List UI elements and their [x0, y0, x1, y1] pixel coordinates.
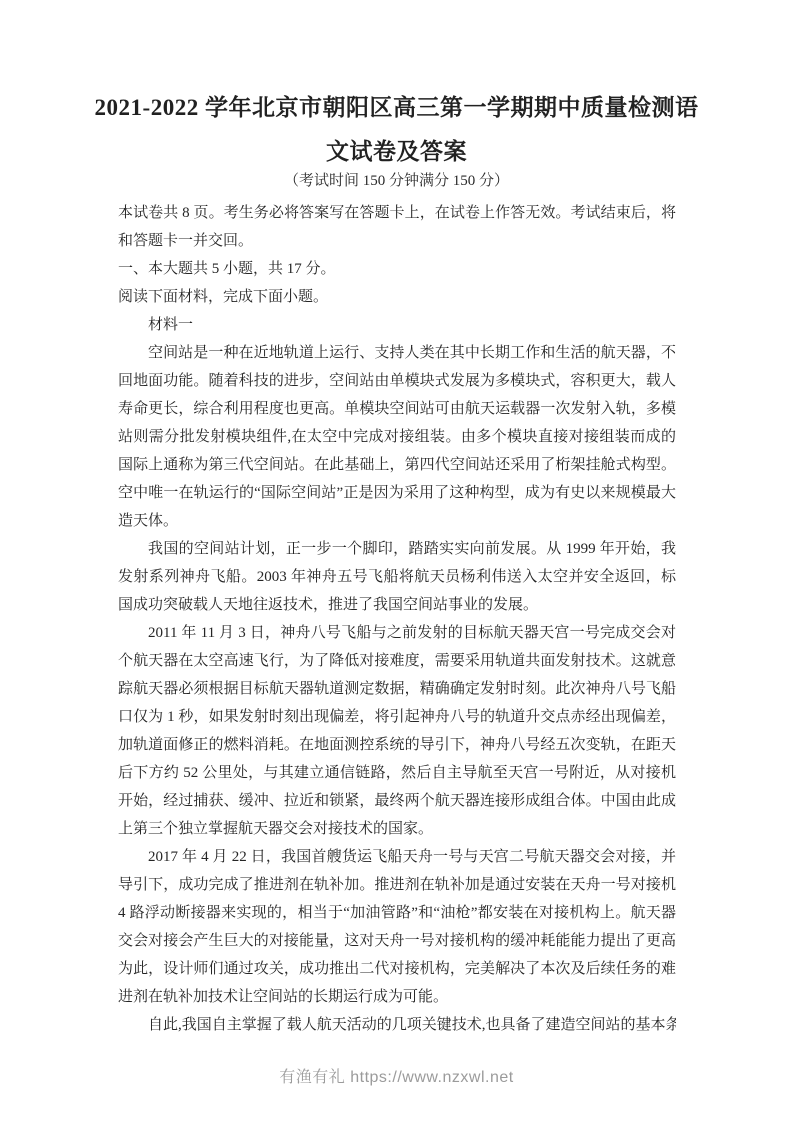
text-line: 开始，经过捕获、缓冲、拉近和锁紧，最终两个航天器连接形成组合体。中国由此成为世界: [118, 787, 676, 815]
exam-time-subtitle: （考试时间 150 分钟满分 150 分）: [0, 170, 793, 192]
text-line: 一、本大题共 5 小题，共 17 分。: [118, 255, 676, 283]
text-line: 交会对接会产生巨大的对接能量，这对天舟一号对接机构的缓冲耗能能力提出了更高要求。: [118, 927, 676, 955]
text-line: 上第三个独立掌握航天器交会对接技术的国家。: [118, 815, 676, 843]
text-line: 导引下，成功完成了推进剂在轨补加。推进剂在轨补加是通过安装在天舟一号对接机构上的: [118, 871, 676, 899]
text-line: 为此，设计师们通过攻关，成功推出二代对接机构，完美解决了本次及后续任务的难题。推: [118, 955, 676, 983]
text-line: 自此,我国自主掌握了载人航天活动的几项关键技术,也具备了建造空间站的基本条件。: [118, 1011, 676, 1039]
document-title: 2021-2022 学年北京市朝阳区高三第一学期期中质量检测语 文试卷及答案: [0, 86, 793, 174]
watermark-text: 有渔有礼 https://www.nzxwl.net: [279, 1069, 513, 1086]
text-line: 站则需分批发射模块组件,在太空中完成对接组装。由多个模块直接对接组装而成的空间站…: [118, 423, 676, 451]
text-line: 2011 年 11 月 3 日，神舟八号飞船与之前发射的目标航天器天宫一号完成交…: [118, 619, 676, 647]
text-line: 国成功突破载人天地往返技术，推进了我国空间站事业的发展。: [118, 591, 676, 619]
text-line: 造天体。: [118, 507, 676, 535]
text-line: 发射系列神舟飞船。2003 年神舟五号飞船将航天员杨利伟送入太空并安全返回，标志…: [118, 563, 676, 591]
text-line: 回地面功能。随着科技的进步，空间站由单模块式发展为多模块式，容积更大，载人更多，: [118, 367, 676, 395]
text-line: 阅读下面材料，完成下面小题。: [118, 283, 676, 311]
text-line: 口仅为 1 秒，如果发射时刻出现偏差，将引起神舟八号的轨道升交点赤经出现偏差，从…: [118, 703, 676, 731]
text-line: 4 路浮动断接器来实现的，相当于“加油管路”和“油枪”都安装在对接机构上。航天器…: [118, 899, 676, 927]
document-page: 2021-2022 学年北京市朝阳区高三第一学期期中质量检测语 文试卷及答案 （…: [0, 0, 793, 1122]
text-line: 空中唯一在轨运行的“国际空间站”正是因为采用了这种构型，成为有史以来规模最大的人: [118, 479, 676, 507]
document-title-line-2: 文试卷及答案: [0, 130, 793, 174]
text-line: 寿命更长，综合利用程度也更高。单模块空间站可由航天运载器一次发射入轨，多模块空间: [118, 395, 676, 423]
text-line: 踪航天器必须根据目标航天器轨道测定数据，精确确定发射时刻。此次神舟八号飞船发射窗: [118, 675, 676, 703]
document-body: 本试卷共 8 页。考生务必将答案写在答题卡上，在试卷上作答无效。考试结束后，将本…: [118, 199, 676, 1039]
text-line: 后下方约 52 公里处，与其建立通信链路，然后自主导航至天宫一号附近，从对接机构…: [118, 759, 676, 787]
text-line: 空间站是一种在近地轨道上运行、支持人类在其中长期工作和生活的航天器，不具有返: [118, 339, 676, 367]
text-line: 进剂在轨补加技术让空间站的长期运行成为可能。: [118, 983, 676, 1011]
text-line: 国际上通称为第三代空间站。在此基础上，第四代空间站还采用了桁架挂舱式构型。目前太: [118, 451, 676, 479]
text-line: 和答题卡一并交回。: [118, 227, 676, 255]
text-line: 加轨道面修正的燃料消耗。在地面测控系统的导引下，神舟八号经五次变轨，在距天宫一号: [118, 731, 676, 759]
text-line: 2017 年 4 月 22 日，我国首艘货运飞船天舟一号与天宫二号航天器交会对接…: [118, 843, 676, 871]
document-title-line-1: 2021-2022 学年北京市朝阳区高三第一学期期中质量检测语: [0, 86, 793, 130]
text-line: 本试卷共 8 页。考生务必将答案写在答题卡上，在试卷上作答无效。考试结束后，将本…: [118, 199, 676, 227]
watermark-footer: 有渔有礼 https://www.nzxwl.net: [0, 1066, 793, 1090]
text-line: 材料一: [118, 311, 676, 339]
text-line: 个航天器在太空高速飞行，为了降低对接难度，需要采用轨道共面发射技术。这就意味着追: [118, 647, 676, 675]
text-line: 我国的空间站计划，正一步一个脚印，踏踏实实向前发展。从 1999 年开始，我国逐…: [118, 535, 676, 563]
